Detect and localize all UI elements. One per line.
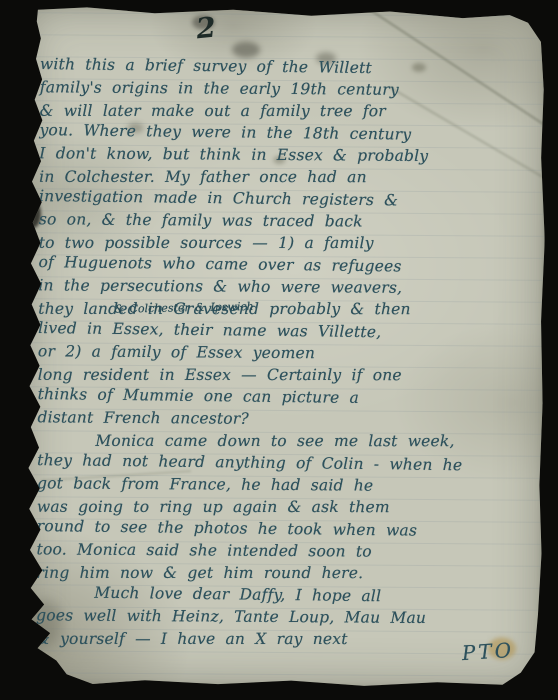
pto-note: PTO — [461, 638, 515, 665]
page-number: 2 — [195, 11, 218, 46]
handwriting-line: in Colchester. My father once had an — [39, 166, 531, 188]
ink-blot — [22, 276, 33, 292]
handwriting-line: they landed in Gravesend probably & then — [38, 298, 530, 320]
insertion-note: & Colchester & Ipswich — [114, 300, 254, 316]
handwriting-line: ring him now & get him round here. — [36, 562, 528, 584]
letter-paper: 2 with this a brief survey of the Willet… — [20, 4, 547, 690]
handwriting-line: to two possible sources — 1) a family — [39, 232, 531, 254]
handwriting-line: long resident in Essex — Certainly if on… — [38, 364, 530, 386]
handwriting-line: Monica came down to see me last week, — [37, 430, 529, 452]
handwriting-line: & yourself — I have an X ray next — [36, 628, 528, 650]
handwriting-line: & will later make out a family tree for — [40, 100, 532, 122]
photo-background: 2 with this a brief survey of the Willet… — [0, 0, 558, 700]
handwriting-line: was going to ring up again & ask them — [37, 496, 529, 518]
handwriting-lines: with this a brief survey of the Willettf… — [36, 54, 532, 651]
